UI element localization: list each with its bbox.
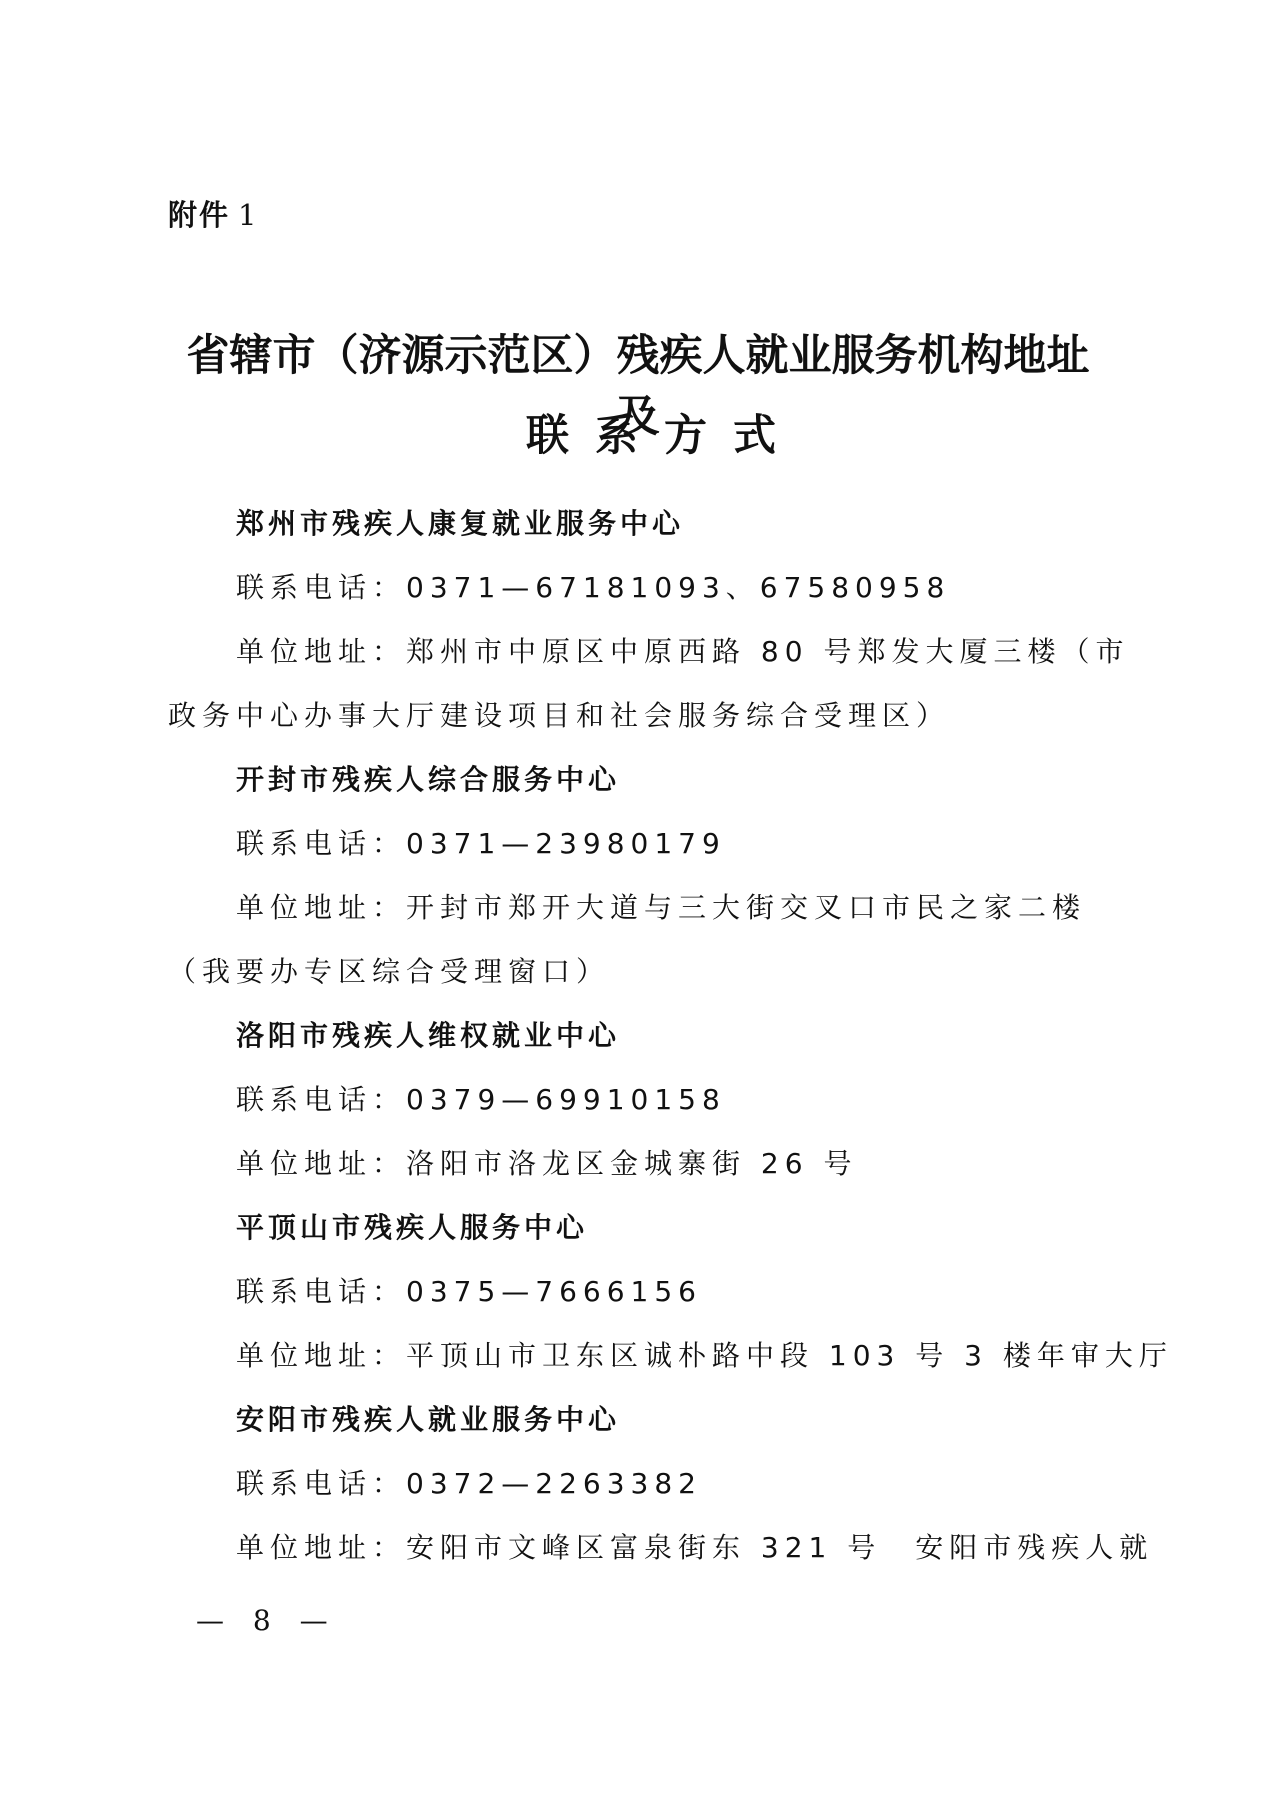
phone-label: 联系电话：: [236, 571, 406, 604]
address-value: 郑州市中原区中原西路 80 号郑发大厦三楼（市: [406, 635, 1129, 668]
page-number: — 8 —: [196, 1604, 338, 1637]
phone-line: 联系电话：0379—69910158: [236, 1080, 1186, 1120]
address-line: 单位地址：开封市郑开大道与三大街交叉口市民之家二楼: [236, 888, 1186, 928]
address-line: 单位地址：安阳市文峰区富泉街东 321 号 安阳市残疾人就: [236, 1528, 1186, 1568]
org-name: 郑州市残疾人康复就业服务中心: [236, 504, 1186, 544]
org-name: 平顶山市残疾人服务中心: [236, 1208, 1186, 1248]
address-label: 单位地址：: [236, 635, 406, 668]
attachment-number: 1: [238, 198, 258, 232]
address-line: 单位地址：郑州市中原区中原西路 80 号郑发大厦三楼（市: [236, 632, 1186, 672]
phone-value: 0372—2263382: [406, 1467, 702, 1500]
address-value: 平顶山市卫东区诚朴路中段 103 号 3 楼年审大厅: [406, 1339, 1173, 1372]
address-line: 单位地址：洛阳市洛龙区金城寨街 26 号: [236, 1144, 1186, 1184]
attachment-label: 附件1: [168, 193, 258, 234]
address-label: 单位地址：: [236, 891, 406, 924]
org-name: 洛阳市残疾人维权就业中心: [236, 1016, 1186, 1056]
address-label: 单位地址：: [236, 1531, 406, 1564]
phone-label: 联系电话：: [236, 1467, 406, 1500]
address-continuation: 政务中心办事大厅建设项目和社会服务综合受理区）: [168, 696, 1118, 736]
address-value: 安阳市文峰区富泉街东 321 号 安阳市残疾人就: [406, 1531, 1153, 1564]
phone-line: 联系电话：0375—7666156: [236, 1272, 1186, 1312]
phone-value: 0375—7666156: [406, 1275, 702, 1308]
document-page: 附件1 省辖市（济源示范区）残疾人就业服务机构地址及 联系方式 郑州市残疾人康复…: [0, 0, 1280, 1811]
attachment-text: 附件: [168, 198, 230, 232]
address-label: 单位地址：: [236, 1147, 406, 1180]
phone-value: 0379—69910158: [406, 1083, 726, 1116]
document-title-line-2: 联系方式: [168, 402, 1134, 463]
phone-line: 联系电话：0371—23980179: [236, 824, 1186, 864]
phone-label: 联系电话：: [236, 1083, 406, 1116]
org-name: 开封市残疾人综合服务中心: [236, 760, 1186, 800]
phone-value: 0371—23980179: [406, 827, 726, 860]
address-line: 单位地址：平顶山市卫东区诚朴路中段 103 号 3 楼年审大厅: [236, 1336, 1186, 1376]
org-name: 安阳市残疾人就业服务中心: [236, 1400, 1186, 1440]
phone-label: 联系电话：: [236, 1275, 406, 1308]
address-value: 开封市郑开大道与三大街交叉口市民之家二楼: [406, 891, 1086, 924]
phone-line: 联系电话：0372—2263382: [236, 1464, 1186, 1504]
phone-line: 联系电话：0371—67181093、67580958: [236, 568, 1186, 608]
address-value: 洛阳市洛龙区金城寨街 26 号: [406, 1147, 857, 1180]
phone-label: 联系电话：: [236, 827, 406, 860]
address-continuation: （我要办专区综合受理窗口）: [168, 952, 1118, 992]
address-label: 单位地址：: [236, 1339, 406, 1372]
phone-value: 0371—67181093、67580958: [406, 571, 950, 604]
